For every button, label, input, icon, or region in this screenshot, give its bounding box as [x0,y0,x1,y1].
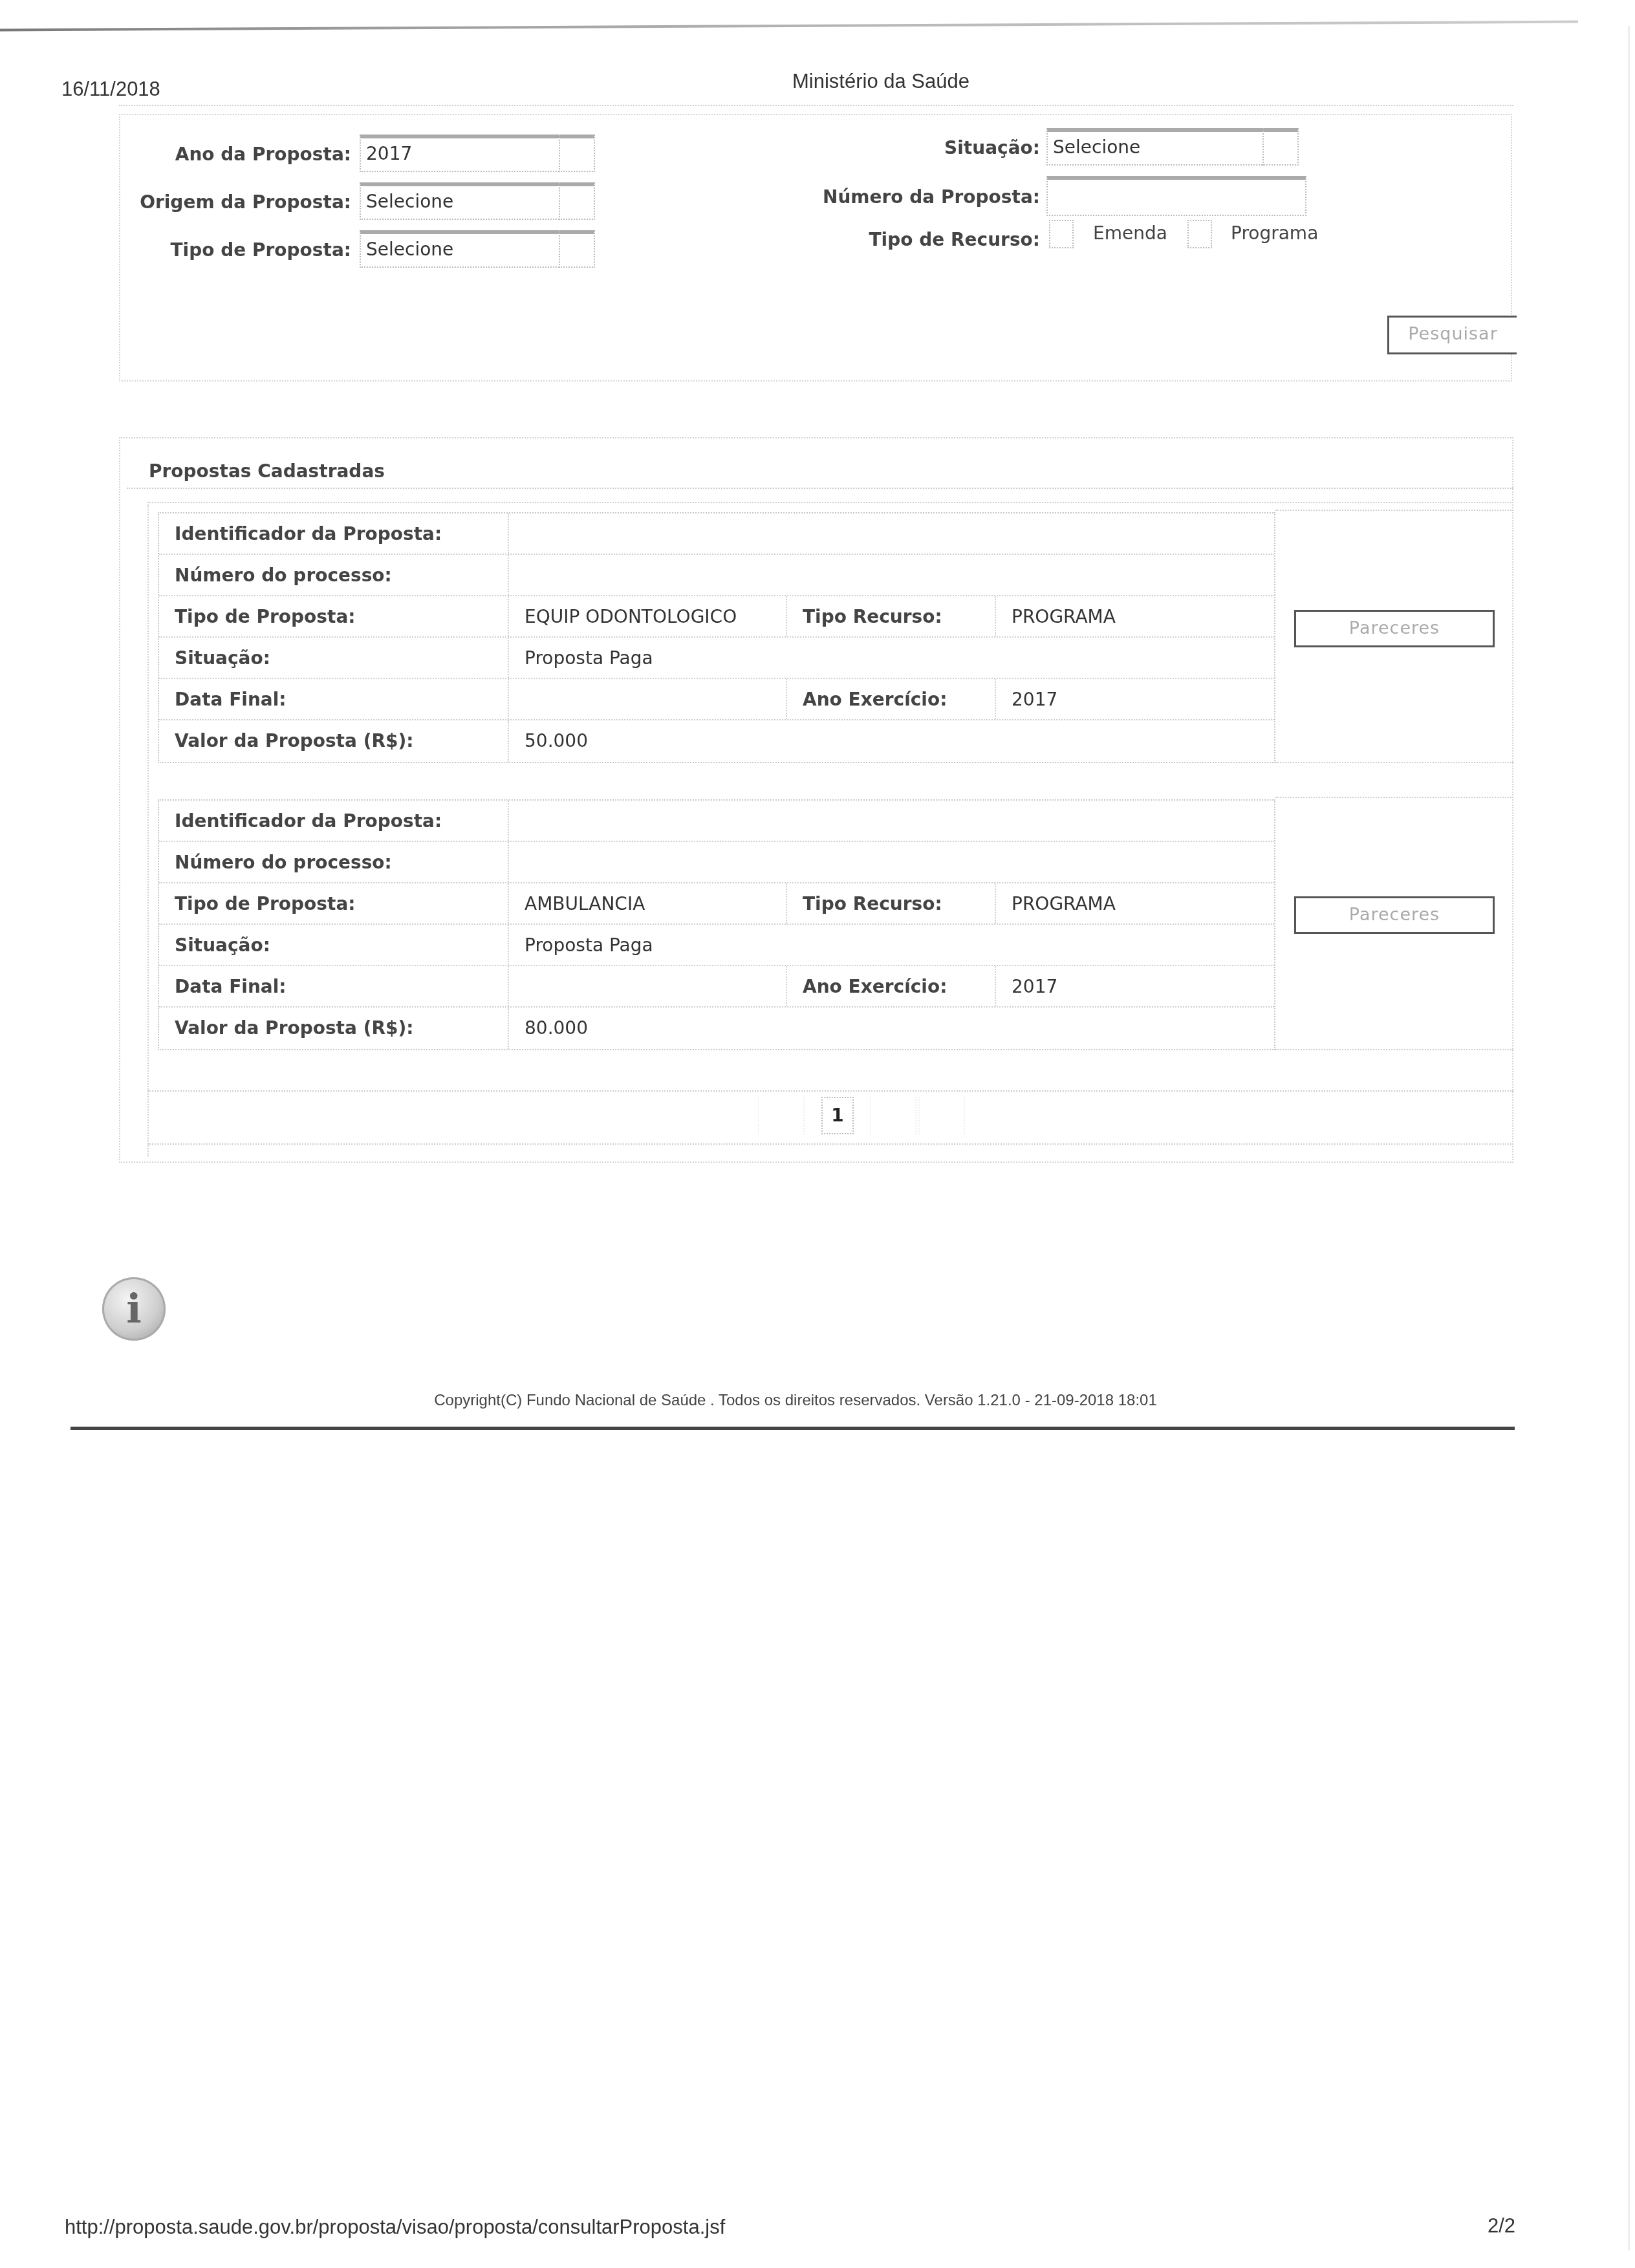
ano-exercicio-value: 2017 [995,679,1277,719]
identificador-label: Identificador da Proposta: [159,513,508,554]
situacao-select[interactable]: Selecione [1046,128,1299,166]
ano-exercicio-label: Ano Exercício: [786,679,995,719]
row-tipo: Tipo de Proposta: AMBULANCIA Tipo Recurs… [159,883,1274,925]
identificador-value [508,801,1277,841]
identificador-value [508,513,1277,554]
print-date: 16/11/2018 [61,78,160,101]
pareceres-button[interactable]: Pareceres [1294,896,1495,934]
tipo-proposta-value: Selecione [366,239,453,260]
emenda-checkbox-label: Emenda [1093,222,1167,244]
row-valor: Valor da Proposta (R$): 50.000 [159,720,1274,762]
chevron-down-icon[interactable] [559,182,595,220]
origem-proposta-select[interactable]: Selecione [360,182,595,220]
row-situacao: Situação: Proposta Paga [159,925,1274,966]
ano-proposta-select[interactable]: 2017 [360,135,595,172]
ano-exercicio-value: 2017 [995,966,1277,1006]
page-last-button[interactable] [918,1097,965,1134]
pesquisar-button[interactable]: Pesquisar [1387,316,1517,354]
tipo-proposta-value: AMBULANCIA [508,883,786,923]
programa-checkbox[interactable] [1187,220,1212,248]
chevron-down-icon[interactable] [559,230,595,268]
row-numero-processo: Número do processo: [159,842,1274,883]
row-situacao: Situação: Proposta Paga [159,638,1274,679]
results-title-divider [127,488,1513,489]
tipo-proposta-value: EQUIP ODONTOLOGICO [508,596,786,636]
valor-label: Valor da Proposta (R$): [159,720,508,762]
programa-checkbox-label: Programa [1231,222,1318,244]
chevron-down-icon[interactable] [1262,128,1299,166]
situacao-value: Selecione [1053,136,1140,158]
print-url: http://proposta.saude.gov.br/proposta/vi… [65,2216,725,2239]
numero-processo-value [508,842,1277,882]
data-final-label: Data Final: [159,679,508,719]
numero-processo-value [508,555,1277,595]
ano-exercicio-label: Ano Exercício: [786,966,995,1006]
valor-label: Valor da Proposta (R$): [159,1008,508,1049]
row-data-final: Data Final: Ano Exercício: 2017 [159,679,1274,720]
print-page-number: 2/2 [1488,2214,1515,2238]
scan-right-edge [1628,26,1630,2251]
row-identificador: Identificador da Proposta: [159,513,1274,555]
scan-edge-shadow [0,21,1578,32]
tipo-proposta-label: Tipo de Proposta: [159,596,508,636]
situacao-value: Proposta Paga [508,638,1277,678]
numero-proposta-input[interactable] [1046,176,1306,216]
info-icon[interactable]: i [102,1277,166,1341]
proposal-details: Identificador da Proposta: Número do pro… [158,512,1275,763]
data-final-value [508,679,786,719]
origem-proposta-label: Origem da Proposta: [129,191,351,213]
row-numero-processo: Número do processo: [159,555,1274,596]
chevron-down-icon[interactable] [559,135,595,172]
footer-divider [70,1427,1515,1430]
identificador-label: Identificador da Proposta: [159,801,508,841]
info-glyph: i [102,1277,166,1341]
results-title: Propostas Cadastradas [149,460,385,482]
tipo-recurso-label: Tipo Recurso: [786,883,995,923]
tipo-recurso-value: PROGRAMA [995,596,1277,636]
situacao-label: Situação: [776,137,1040,158]
proposal-details: Identificador da Proposta: Número do pro… [158,799,1275,1050]
page-title: Ministério da Saúde [711,70,1050,93]
ano-proposta-value: 2017 [366,143,412,164]
pareceres-button[interactable]: Pareceres [1294,610,1495,647]
page-next-button[interactable] [870,1097,916,1134]
tipo-recurso-label: Tipo de Recurso: [776,229,1040,250]
ano-proposta-label: Ano da Proposta: [129,144,351,165]
page-number-button[interactable]: 1 [821,1097,854,1134]
tipo-proposta-label: Tipo de Proposta: [129,239,351,261]
copyright-text: Copyright(C) Fundo Nacional de Saúde . T… [194,1392,1397,1410]
results-list-top [147,502,1513,503]
data-final-value [508,966,786,1006]
header-divider [119,105,1513,106]
numero-proposta-label: Número da Proposta: [776,186,1040,208]
row-data-final: Data Final: Ano Exercício: 2017 [159,966,1274,1008]
origem-proposta-value: Selecione [366,191,453,212]
valor-value: 80.000 [508,1008,1277,1049]
numero-processo-label: Número do processo: [159,842,508,882]
numero-processo-label: Número do processo: [159,555,508,595]
data-final-label: Data Final: [159,966,508,1006]
tipo-proposta-select[interactable]: Selecione [360,230,595,268]
situacao-label: Situação: [159,925,508,965]
page-prev-button[interactable] [758,1097,805,1134]
row-valor: Valor da Proposta (R$): 80.000 [159,1008,1274,1049]
row-tipo: Tipo de Proposta: EQUIP ODONTOLOGICO Tip… [159,596,1274,638]
tipo-recurso-value: PROGRAMA [995,883,1277,923]
tipo-proposta-label: Tipo de Proposta: [159,883,508,923]
emenda-checkbox[interactable] [1049,220,1074,248]
row-identificador: Identificador da Proposta: [159,801,1274,842]
valor-value: 50.000 [508,720,1277,762]
situacao-value: Proposta Paga [508,925,1277,965]
situacao-label: Situação: [159,638,508,678]
tipo-recurso-label: Tipo Recurso: [786,596,995,636]
